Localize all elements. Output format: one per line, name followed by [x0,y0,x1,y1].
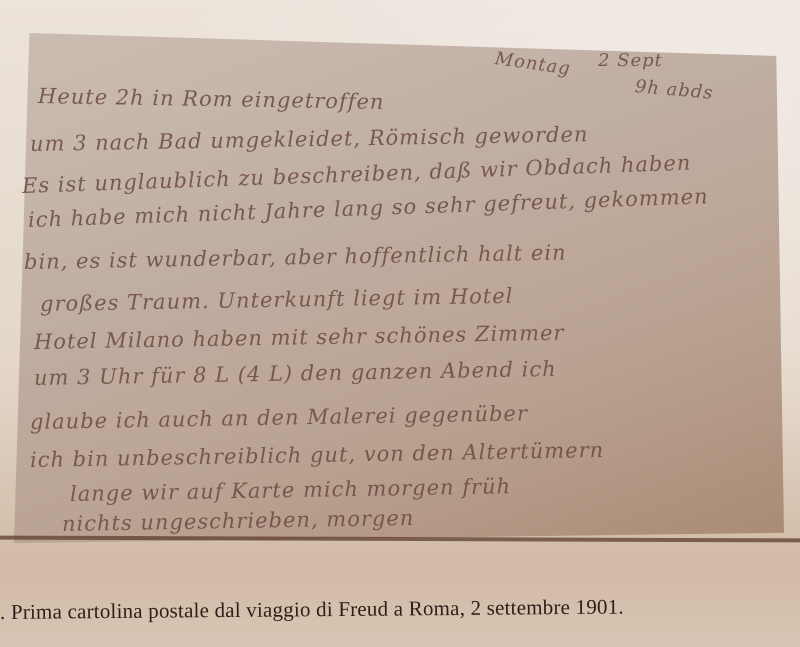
caption-text: . Prima cartolina postale dal viaggio di… [0,595,624,624]
postcard-date: 2 Sept [598,50,663,71]
figure-caption: . Prima cartolina postale dal viaggio di… [0,593,800,625]
